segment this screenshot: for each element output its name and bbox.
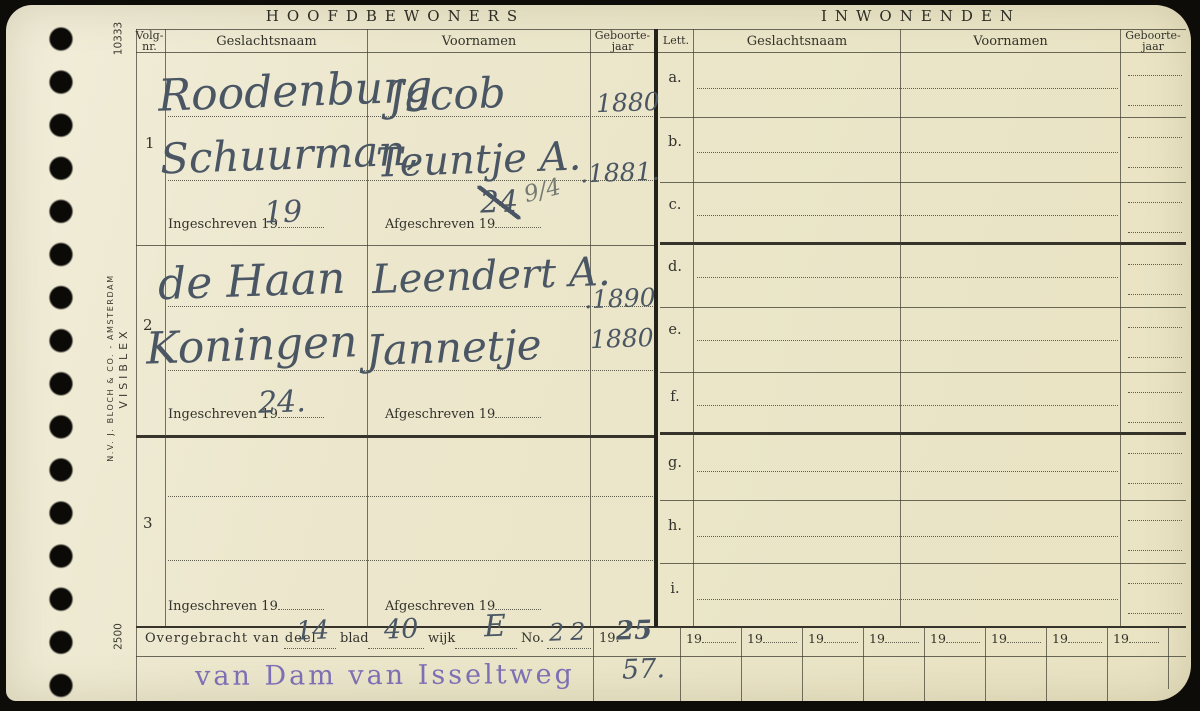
year-cell: 19 (686, 631, 736, 646)
handwritten-birthyear: .1881. (580, 159, 660, 187)
handwritten-house-number: 57. (622, 655, 666, 683)
writing-line-dotted (1128, 137, 1182, 138)
writing-line-dotted (697, 88, 1118, 89)
handwritten-afgeschreven-year: 24 (477, 187, 520, 218)
writing-line-dotted (1128, 550, 1182, 551)
lodger-row-letter: d. (660, 259, 690, 275)
grid-line-h (136, 245, 657, 246)
column-header-geboortejaar-left: Geboorte- jaar (590, 30, 655, 52)
row-number: 1 (145, 134, 155, 152)
handwritten-year: 25 (616, 617, 653, 644)
writing-line-dotted (1128, 105, 1182, 106)
grid-line-h (660, 182, 1186, 183)
grid-line-h-thick (660, 432, 1186, 435)
writing-line-dotted (1128, 294, 1182, 295)
grid-line-h (660, 117, 1186, 118)
grid-line-h-thick (660, 242, 1186, 245)
writing-line-dotted (1128, 520, 1182, 521)
column-header-lett: Lett. (659, 34, 693, 47)
overgebracht-label: Overgebracht van deel (145, 631, 317, 646)
dotted-blank (455, 648, 517, 649)
brand-name: VISIBLEX (117, 258, 130, 478)
grid-line-v (1046, 627, 1047, 701)
handwritten-surname: Koningen (145, 320, 358, 371)
lodger-row-letter: i. (660, 581, 690, 597)
grid-line-h (660, 307, 1186, 308)
dotted-blank (284, 648, 336, 649)
handwritten-deel: 14 (296, 617, 330, 644)
writing-line-dotted (1128, 483, 1182, 484)
lodger-row-letter: f. (660, 389, 690, 405)
year-cell: 19 (1113, 631, 1159, 646)
grid-line-v (863, 627, 864, 701)
lodger-row-letter: c. (660, 197, 690, 213)
writing-line-dotted (1128, 264, 1182, 265)
print-run-number: 2500 (113, 615, 126, 659)
writing-line-dotted (1128, 167, 1182, 168)
writing-line-dotted (1128, 75, 1182, 76)
grid-line-h (136, 52, 1186, 53)
writing-line-dotted (1128, 422, 1182, 423)
writing-line-dotted (1128, 392, 1182, 393)
column-header-voornamen-right: Voornamen (901, 34, 1120, 49)
grid-line-h (136, 29, 1186, 30)
writing-line-dotted (1128, 327, 1182, 328)
grid-line-h (660, 500, 1186, 501)
grid-line-v (1168, 627, 1169, 689)
no-label: No. (521, 631, 544, 646)
blad-label: blad (340, 631, 369, 646)
handwritten-firstname: Jannetje (365, 324, 542, 372)
handwritten-house-no: 22 (549, 619, 592, 644)
scanned-card-photo: 10333 2500 N.V. J. BLOCH & CO. - AMSTERD… (0, 0, 1200, 711)
handwritten-birthyear: .1890 (584, 285, 656, 312)
afgeschreven-label: Afgeschreven 19 (385, 406, 541, 422)
grid-line-h-thick (136, 435, 657, 438)
lodger-row-letter: b. (660, 134, 690, 150)
card-serial-number: 10333 (113, 17, 126, 61)
section-title-inwonenden: INWONENDEN (656, 7, 1186, 25)
writing-line-dotted (1128, 357, 1182, 358)
publisher-imprint: N.V. J. BLOCH & CO. - AMSTERDAM VISIBLEX (104, 258, 130, 478)
column-header-geslachtsnaam-right: Geslachtsnaam (694, 34, 900, 49)
dotted-blank (368, 648, 424, 649)
column-header-volgnr: Volg- nr. (134, 30, 165, 52)
writing-line-dotted (697, 340, 1118, 341)
writing-line-dotted (697, 152, 1118, 153)
dotted-blank (824, 631, 858, 643)
handwritten-blad: 40 (384, 615, 419, 643)
dotted-blank (547, 648, 591, 649)
year-cell: 19 (930, 631, 980, 646)
writing-line-dotted (697, 536, 1118, 537)
dotted-blank (946, 631, 980, 643)
publisher-name: N.V. J. BLOCH & CO. - AMSTERDAM (104, 258, 117, 478)
grid-line-h-thick (136, 626, 1186, 628)
dotted-blank (1007, 631, 1041, 643)
dotted-blank (885, 631, 919, 643)
writing-line-dotted (168, 496, 653, 497)
writing-line-dotted (697, 599, 1118, 600)
writing-line-dotted (697, 405, 1118, 406)
year-cell: 19 (869, 631, 919, 646)
handwritten-firstname: Jacob (387, 72, 506, 118)
street-name-stamp: van Dam van Isseltweg (150, 659, 620, 692)
wijk-label: wijk (428, 631, 455, 646)
grid-line-h (660, 563, 1186, 564)
lodger-row-letter: h. (660, 518, 690, 534)
lodger-row-letter: g. (660, 455, 690, 471)
handwritten-wijk: E (483, 612, 506, 643)
handwritten-firstname: Leendert A. (371, 252, 611, 300)
dotted-blank (1129, 631, 1159, 643)
lodger-row-letter: a. (660, 70, 690, 86)
year-cell: 19 (1052, 631, 1102, 646)
handwritten-surname: de Haan (157, 257, 346, 308)
lodger-row-letter: e. (660, 322, 690, 338)
year-cell: 19 (991, 631, 1041, 646)
handwritten-ingeschreven-year: 24. (257, 387, 306, 419)
handwritten-birthyear: 1880 (596, 89, 660, 116)
writing-line-dotted (1128, 583, 1182, 584)
year-cell: 19 (808, 631, 858, 646)
punch-holes (44, 24, 78, 700)
dotted-blank (702, 631, 736, 643)
grid-line-v (924, 627, 925, 701)
grid-line-v (136, 29, 137, 701)
handwritten-ingeschreven-year: 19 (263, 197, 302, 228)
dotted-blank (278, 598, 324, 610)
grid-line-v (693, 29, 694, 627)
writing-line-dotted (1128, 613, 1182, 614)
writing-line-dotted (697, 215, 1118, 216)
handwritten-birthyear: 1880 (590, 325, 654, 352)
section-title-hoofdbewoners: HOOFDBEWONERS (136, 7, 655, 25)
year-cell: 19 (747, 631, 797, 646)
column-header-geboortejaar-right: Geboorte- jaar (1120, 30, 1186, 52)
writing-line-dotted (1128, 453, 1182, 454)
ingeschreven-label: Ingeschreven 19 (168, 598, 324, 614)
dotted-blank (495, 406, 541, 418)
dotted-blank (1068, 631, 1102, 643)
grid-line-v (1107, 627, 1108, 701)
grid-line-v (802, 627, 803, 701)
row-number: 3 (143, 514, 153, 532)
writing-line-dotted (697, 277, 1118, 278)
grid-line-h (660, 372, 1186, 373)
grid-line-v (985, 627, 986, 701)
grid-line-v (1120, 29, 1121, 627)
afgeschreven-label: Afgeschreven 19 (385, 598, 541, 614)
writing-line-dotted (697, 471, 1118, 472)
dotted-blank (763, 631, 797, 643)
writing-line-dotted (168, 560, 653, 561)
section-divider (654, 29, 658, 627)
column-header-geslachtsnaam-left: Geslachtsnaam (166, 34, 367, 49)
grid-line-v (741, 627, 742, 701)
writing-line-dotted (1128, 232, 1182, 233)
column-header-voornamen-left: Voornamen (368, 34, 590, 49)
grid-line-v (680, 627, 681, 701)
writing-line-dotted (1128, 202, 1182, 203)
grid-line-v (900, 29, 901, 627)
